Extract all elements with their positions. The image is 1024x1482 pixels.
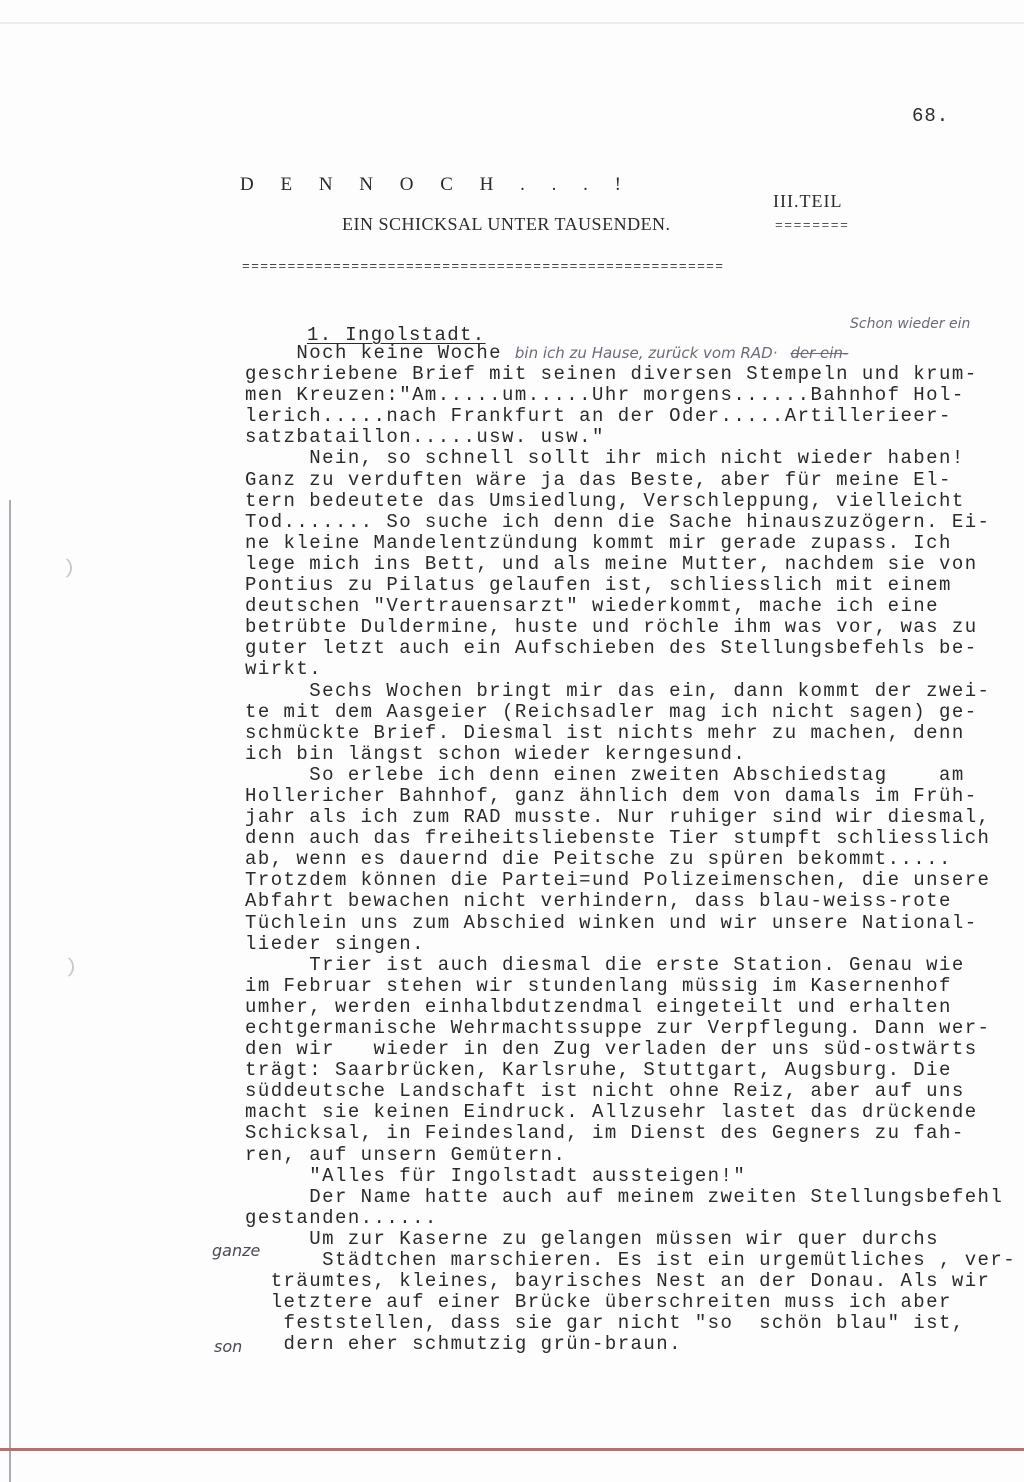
punch-hole-upper: [48, 556, 72, 580]
text-line: süddeutsche Landschaft ist nicht ohne Re…: [245, 1081, 1016, 1102]
text-line: macht sie keinen Eindruck. Allzusehr las…: [245, 1102, 1016, 1123]
text-line: ich bin längst schon wieder kerngesund.: [245, 744, 1016, 765]
text-line: den wir wieder in den Zug verladen der u…: [245, 1039, 1016, 1060]
document-subtitle: EIN SCHICKSAL UNTER TAUSENDEN.: [342, 214, 671, 235]
text-line: jahr als ich zum RAD musste. Nur ruhiger…: [245, 807, 1016, 828]
text-line: Pontius zu Pilatus gelaufen ist, schlies…: [245, 575, 1016, 596]
part-label: III.TEIL: [773, 191, 842, 212]
text-line: ab, wenn es dauernd die Peitsche zu spür…: [245, 849, 1016, 870]
handwritten-insert: bin ich zu Hause, zurück vom RAD·: [515, 344, 778, 362]
text-line: im Februar stehen wir stundenlang müssig…: [245, 976, 1016, 997]
text-line: Nein, so schnell sollt ihr mich nicht wi…: [245, 448, 1016, 469]
text-line: Schicksal, in Feindesland, im Dienst des…: [245, 1123, 1016, 1144]
text-line: deutschen "Vertrauensarzt" wiederkommt, …: [245, 596, 1016, 617]
document-title: D E N N O C H . . . !: [240, 174, 632, 196]
page-number: 68.: [912, 106, 949, 127]
text-line: "Alles für Ingolstadt aussteigen!": [245, 1166, 1016, 1187]
text-line: lege mich ins Bett, und als meine Mutter…: [245, 554, 1016, 575]
text-line: Tüchlein uns zum Abschied winken und wir…: [245, 913, 1016, 934]
text-line: satzbataillon.....usw. usw.": [245, 427, 1016, 448]
text-line: Um zur Kaserne zu gelangen müssen wir qu…: [245, 1229, 1016, 1250]
text-line: dern eher schmutzig grün-braun.: [245, 1334, 1016, 1355]
text-line: trägt: Saarbrücken, Karlsruhe, Stuttgart…: [245, 1060, 1016, 1081]
scan-left-edge: [9, 500, 11, 1482]
struck-text: der ein-: [790, 344, 848, 362]
handwritten-margin-ganze: ganze: [212, 1241, 260, 1260]
text-line: te mit dem Aasgeier (Reichsadler mag ich…: [245, 702, 1016, 723]
handwritten-correction: Schon wieder ein: [850, 316, 970, 332]
text-line: wirkt.: [245, 659, 1016, 680]
text-line: lerich.....nach Frankfurt an der Oder...…: [245, 406, 1016, 427]
text-line: letztere auf einer Brücke überschreiten …: [245, 1292, 1016, 1313]
text-line: Trotzdem können die Partei=und Polizeime…: [245, 870, 1016, 891]
text-line: ren, auf unsern Gemütern.: [245, 1145, 1016, 1166]
body-text: Noch keine Woche bin ich zu Hause, zurüc…: [245, 343, 1016, 1356]
text-line: Abfahrt bewachen nicht verhindern, dass …: [245, 891, 1016, 912]
punch-hole-lower: [50, 955, 74, 979]
text-line: ne kleine Mandelentzündung kommt mir ger…: [245, 533, 1016, 554]
text-line: lieder singen.: [245, 934, 1016, 955]
text-line: tern bedeutete das Umsiedlung, Verschlep…: [245, 491, 1016, 512]
text-line: guter letzt auch ein Aufschieben des Ste…: [245, 638, 1016, 659]
text-line: Tod....... So suche ich denn die Sache h…: [245, 512, 1016, 533]
text-line: men Kreuzen:"Am.....um.....Uhr morgens..…: [245, 385, 1016, 406]
text-line: Sechs Wochen bringt mir das ein, dann ko…: [245, 681, 1016, 702]
handwritten-margin-sondern: son: [214, 1337, 242, 1356]
separator-rule: ========================================…: [242, 259, 724, 274]
text-line: Städtchen marschieren. Es ist ein urgemü…: [245, 1250, 1016, 1271]
text-line: Noch keine Woche bin ich zu Hause, zurüc…: [245, 343, 1016, 364]
text-line: gestanden......: [245, 1208, 1016, 1229]
text-line: denn auch das freiheitsliebenste Tier st…: [245, 828, 1016, 849]
text-line: So erlebe ich denn einen zweiten Abschie…: [245, 765, 1016, 786]
text-line: geschriebene Brief mit seinen diversen S…: [245, 364, 1016, 385]
text-line: betrübte Duldermine, huste und röchle ih…: [245, 617, 1016, 638]
text-line: echtgermanische Wehrmachtssuppe zur Verp…: [245, 1018, 1016, 1039]
text-line: umher, werden einhalbdutzendmal eingetei…: [245, 997, 1016, 1018]
text-line: schmückte Brief. Diesmal ist nichts mehr…: [245, 723, 1016, 744]
typed-text: Noch keine Woche: [245, 342, 502, 364]
text-line: Der Name hatte auch auf meinem zweiten S…: [245, 1187, 1016, 1208]
text-line: träumtes, kleines, bayrisches Nest an de…: [245, 1271, 1016, 1292]
part-underline: ========: [775, 218, 849, 233]
text-line: Ganz zu verduften wäre ja das Beste, abe…: [245, 470, 1016, 491]
scan-bottom-rule: [0, 1448, 1024, 1451]
text-line: Hollericher Bahnhof, ganz ähnlich dem vo…: [245, 786, 1016, 807]
text-line: Trier ist auch diesmal die erste Station…: [245, 955, 1016, 976]
scan-top-edge: [0, 22, 1024, 24]
text-line: feststellen, dass sie gar nicht "so schö…: [245, 1313, 1016, 1334]
